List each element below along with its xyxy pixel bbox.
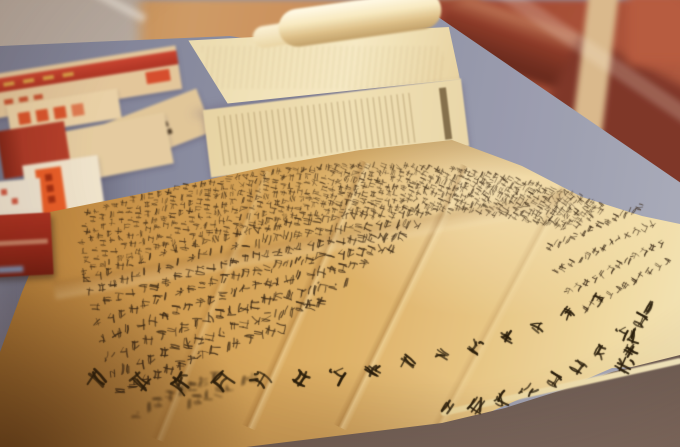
- manuscript-calligraphy-canvas: [0, 0, 680, 447]
- exhibit-photo: [0, 0, 680, 447]
